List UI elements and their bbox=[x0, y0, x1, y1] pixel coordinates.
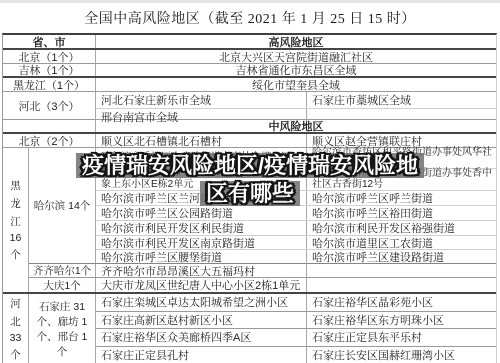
section-header-mid-risk: 中风险地区 bbox=[96, 120, 496, 132]
area-cell: 顺义区赵全营镇联庄村 bbox=[307, 134, 496, 147]
area-cell: 石家庄正定县东平乐村 bbox=[307, 329, 496, 346]
area-cell: 石家庄裕华区晶彩苑小区 bbox=[307, 294, 496, 311]
table-row-qiqihar: 齐齐哈尔1个 齐齐哈尔市昂昂溪区大五福玛村 bbox=[29, 264, 496, 278]
area-cell: 哈尔滨市香坊区和平路街道办事处风华社区…单元 bbox=[307, 148, 496, 168]
city-cell-harbin: 哈尔滨 14个 bbox=[29, 148, 96, 263]
area-cell: 哈尔滨市呼兰区公园路街道 bbox=[96, 206, 307, 220]
area-cell: 哈尔滨市利民开发区裕强街道 bbox=[307, 221, 496, 235]
province-cell-heilongjiang: 黑 龙 江 16 个 bbox=[3, 148, 29, 292]
vertical-char: 黑 bbox=[10, 178, 21, 193]
province-cell-hebei: 河 北 33 个 bbox=[3, 294, 29, 363]
column-header-province: 省、市 bbox=[3, 35, 96, 48]
area-cell: 石家庄栾城区卓达太阳城希望之洲小区 bbox=[96, 294, 307, 311]
area-cell: 哈尔滨市香坊区大庆路街道办事处电塔小区 bbox=[96, 148, 307, 168]
table-row-hebei-high: 河北（3个） 河北石家庄新乐市全域 石家庄市藁城区全域 邢台南宫市全域 bbox=[3, 92, 496, 120]
city-cell-shijiazhuang: 石家庄 31 个、廊坊 1 个、邢台 1 个 bbox=[29, 294, 96, 363]
column-header-high-risk: 高风险地区 bbox=[96, 35, 496, 48]
area-cell: 顺义区北石槽镇北石槽村 bbox=[96, 134, 307, 147]
table-row: 哈尔滨市利民开发区南京路街道 哈尔滨市道里区工农街道 bbox=[96, 236, 496, 250]
area-cell: 石家庄长安区国赫红珊湾小区 bbox=[307, 347, 496, 363]
area-cell: 哈尔滨市利民开发区利民街道 bbox=[96, 221, 307, 235]
area-cell: 吉林省通化市东昌区全域 bbox=[96, 64, 496, 76]
area-cell: 石家庄裕华区众美廊桥四季A区 bbox=[96, 329, 307, 346]
area-cell: 齐齐哈尔市昂昂溪区大五福玛村 bbox=[96, 264, 307, 277]
empty-cell bbox=[307, 278, 496, 292]
table-row: 石家庄裕华区众美廊桥四季A区 石家庄正定县东平乐村 bbox=[96, 329, 496, 347]
harbin-sub-block: 哈尔滨 14个 哈尔滨市香坊区大庆路街道办事处电塔小区 哈尔滨市香坊区和平路街道… bbox=[29, 148, 496, 264]
vertical-char: 龙 bbox=[10, 196, 21, 211]
area-cell: 哈尔滨市呼兰区呼兰街道 bbox=[307, 191, 496, 205]
area-cell: 哈尔滨市道里区工农街道 bbox=[307, 236, 496, 249]
table-row: 哈尔滨市呼兰区兰河街道 哈尔滨市呼兰区呼兰街道 bbox=[96, 191, 496, 206]
area-cell: 哈尔滨市香坊区和平路街道办事处上东社区万象上东小区E栋2单元 bbox=[96, 169, 307, 190]
table-row-daqing: 大庆1个 大庆市龙凤区世纪唐人中心小区2栋1单元 bbox=[29, 278, 496, 292]
table-row: 哈尔滨市呼兰区公园路街道 哈尔滨市呼兰区裕田街道 bbox=[96, 206, 496, 221]
vertical-char: 个 bbox=[10, 247, 21, 262]
table-row: 黑龙江（1个） 绥化市望奎县全域 bbox=[3, 78, 496, 92]
area-cell: 哈尔滨市利民开发区南京路街道 bbox=[96, 236, 307, 249]
table-row-beijing-mid: 北京（2个） 顺义区北石槽镇北石槽村 顺义区赵全营镇联庄村 bbox=[3, 134, 496, 148]
table-row: 石家庄正定县孔村 石家庄长安区国赫红珊湾小区 bbox=[96, 347, 496, 363]
vertical-char: 16 bbox=[10, 232, 22, 244]
area-cell: 哈尔滨市呼兰区兰河街道 bbox=[96, 191, 307, 205]
area-cell: 石家庄高新区赵村新区小区 bbox=[96, 312, 307, 329]
area-cell: 大庆市龙凤区世纪唐人中心小区2栋1单元 bbox=[96, 278, 307, 292]
area-cell: 石家庄正定县孔村 bbox=[96, 347, 307, 363]
vertical-char: 北 bbox=[10, 314, 21, 329]
area-cell: 哈尔滨市呼兰区裕田街道 bbox=[307, 206, 496, 220]
province-cell: 黑龙江（1个） bbox=[3, 78, 96, 91]
empty-cell bbox=[3, 120, 96, 132]
city-cell-daqing: 大庆1个 bbox=[29, 278, 96, 292]
area-cell: 石家庄裕华区东方明珠小区 bbox=[307, 312, 496, 329]
province-cell: 北京（2个） bbox=[3, 134, 96, 147]
vertical-char: 河 bbox=[10, 296, 21, 311]
hebei-block: 河 北 33 个 石家庄 31 个、廊坊 1 个、邢台 1 个 石家庄栾城区卓达… bbox=[3, 292, 496, 363]
table-row: 石家庄高新区赵村新区小区 石家庄裕华区东方明珠小区 bbox=[96, 312, 496, 330]
table-row: 哈尔滨市香坊区和平路街道办事处上东社区万象上东小区E栋2单元 哈尔滨市香坊区香坊… bbox=[96, 169, 496, 191]
empty-cell bbox=[307, 264, 496, 277]
table-row: 石家庄栾城区卓达太阳城希望之洲小区 石家庄裕华区晶彩苑小区 bbox=[96, 294, 496, 312]
heilongjiang-block: 黑 龙 江 16 个 哈尔滨 14个 哈尔滨市香坊区大庆路街道办事处电塔小区 哈… bbox=[3, 148, 496, 292]
city-cell-qiqihar: 齐齐哈尔1个 bbox=[29, 264, 96, 277]
risk-area-table: 省、市 高风险地区 北京（1个） 北京大兴区天宫院街道融汇社区 吉林（1个） 吉… bbox=[2, 33, 497, 363]
area-cell: 绥化市望奎县全域 bbox=[96, 78, 496, 91]
vertical-char: 江 bbox=[10, 214, 21, 229]
area-cell: 石家庄市藁城区全域 bbox=[307, 92, 496, 108]
area-cell: 哈尔滨市呼兰区建设路街道 bbox=[307, 250, 496, 264]
province-cell: 吉林（1个） bbox=[3, 64, 96, 76]
area-cell: 河北石家庄新乐市全域 bbox=[96, 92, 307, 108]
page-title: 全国中高风险地区（截至 2021 年 1 月 25 日 15 时） bbox=[0, 3, 500, 33]
table-row: 哈尔滨市香坊区大庆路街道办事处电塔小区 哈尔滨市香坊区和平路街道办事处风华社区…… bbox=[96, 148, 496, 169]
vertical-char: 个 bbox=[10, 347, 21, 362]
hebei-high-areas: 河北石家庄新乐市全域 石家庄市藁城区全域 邢台南宫市全域 bbox=[96, 92, 496, 119]
province-cell: 河北（3个） bbox=[3, 92, 96, 119]
area-cell: 哈尔滨市香坊区香坊大街街道办事处香中社区古香街12号 bbox=[307, 169, 496, 190]
vertical-char: 33 bbox=[10, 332, 22, 344]
